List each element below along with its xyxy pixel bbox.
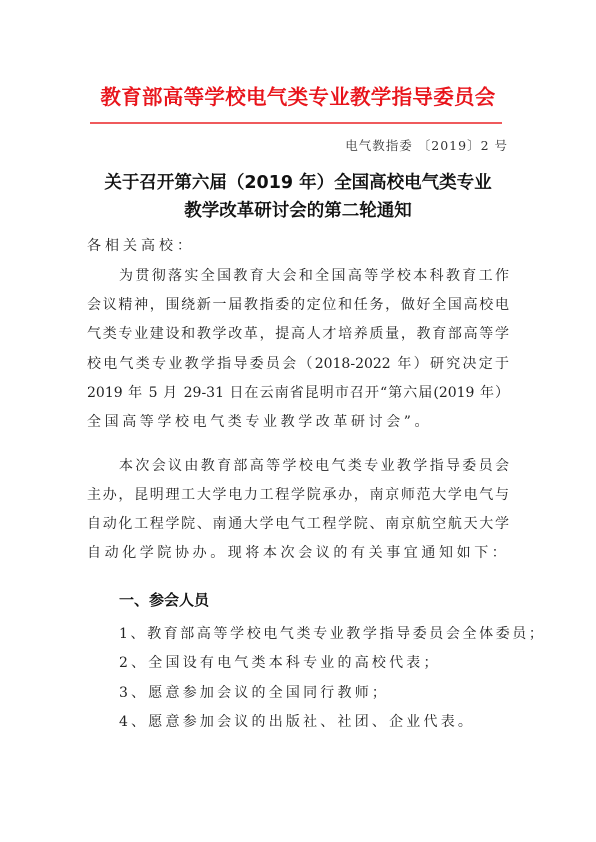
list-item: 2、全国设有电气类本科专业的高校代表； (119, 653, 441, 673)
letterhead-title: 教育部高等学校电气类专业教学指导委员会 (88, 82, 508, 112)
paragraph-line: 全国高等学校电气类专业教学改革研讨会”。 (87, 412, 509, 432)
paragraph-line: 本次会议由教育部高等学校电气类专业教学指导委员会 (119, 456, 509, 476)
paragraph-line: 自动化学院协办。现将本次会议的有关事宜通知如下： (87, 543, 509, 563)
paragraph-line: 会议精神，围绕新一届教指委的定位和任务，做好全国高校电 (87, 295, 509, 315)
paragraph-line: 为贯彻落实全国教育大会和全国高等学校本科教育工作 (119, 266, 509, 286)
letterhead-divider (90, 122, 502, 124)
paragraph-line: 2019 年 5 月 29-31 日在云南省昆明市召开“第六届(2019 年） (87, 383, 509, 403)
paragraph-line: 气类专业建设和教学改革，提高人才培养质量，教育部高等学 (87, 324, 509, 344)
list-item: 1、教育部高等学校电气类专业教学指导委员会全体委员； (119, 624, 546, 644)
section-heading-attendees: 一、参会人员 (119, 590, 209, 610)
salutation: 各相关高校： (87, 236, 195, 256)
paragraph-line: 校电气类专业教学指导委员会（2018-2022 年）研究决定于 (87, 354, 509, 374)
list-item: 4、愿意参加会议的出版社、社团、企业代表。 (119, 712, 475, 732)
notice-title-line-2: 教学改革研讨会的第二轮通知 (0, 200, 596, 222)
paragraph-line: 自动化工程学院、南通大学电气工程学院、南京航空航天大学 (87, 514, 509, 534)
list-item: 3、愿意参加会议的全国同行教师； (119, 683, 389, 703)
notice-title-line-1: 关于召开第六届（2019 年）全国高校电气类专业 (0, 172, 596, 194)
paragraph-line: 主办，昆明理工大学电力工程学院承办，南京师范大学电气与 (87, 485, 509, 505)
document-number: 电气教指委 〔2019〕2 号 (345, 137, 508, 155)
